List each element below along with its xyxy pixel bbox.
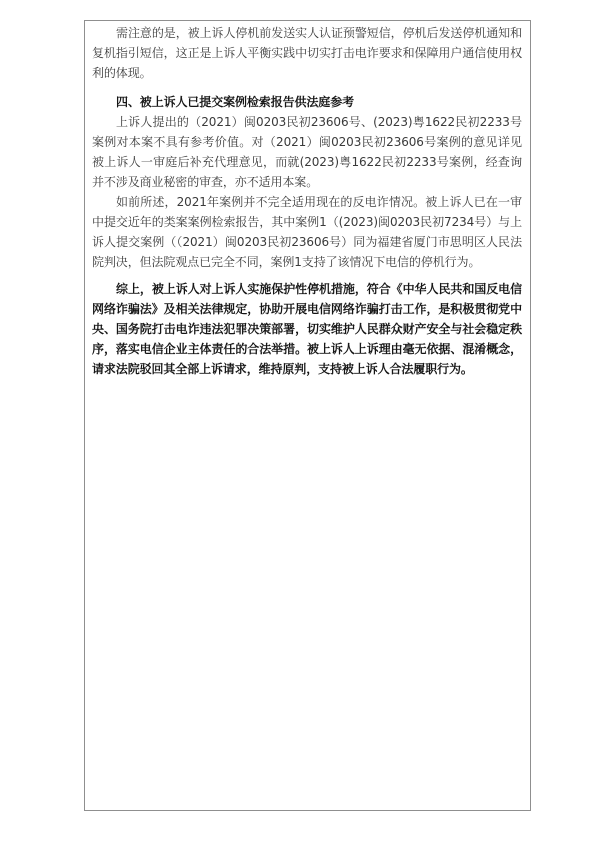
- section-heading: 四、被上诉人已提交案例检索报告供法庭参考: [92, 92, 522, 112]
- paragraph-notice: 需注意的是，被上诉人停机前发送实人认证预警短信，停机后发送停机通知和复机指引短信…: [92, 23, 522, 83]
- paragraph-precedent: 如前所述，2021年案例并不完全适用现在的反电诈情况。被上诉人已在一审中提交近年…: [92, 192, 522, 272]
- paragraph-closing: 综上，被上诉人对上诉人实施保护性停机措施，符合《中华人民共和国反电信网络诈骗法》…: [92, 279, 522, 379]
- document-viewer: 需注意的是，被上诉人停机前发送实人认证预警短信，停机后发送停机通知和复机指引短信…: [0, 0, 599, 848]
- paragraph-cases: 上诉人提出的（2021）闽0203民初23606号、(2023)粤1622民初2…: [92, 112, 522, 192]
- document-content: 需注意的是，被上诉人停机前发送实人认证预警短信，停机后发送停机通知和复机指引短信…: [85, 21, 530, 379]
- document-page: 需注意的是，被上诉人停机前发送实人认证预警短信，停机后发送停机通知和复机指引短信…: [84, 20, 531, 811]
